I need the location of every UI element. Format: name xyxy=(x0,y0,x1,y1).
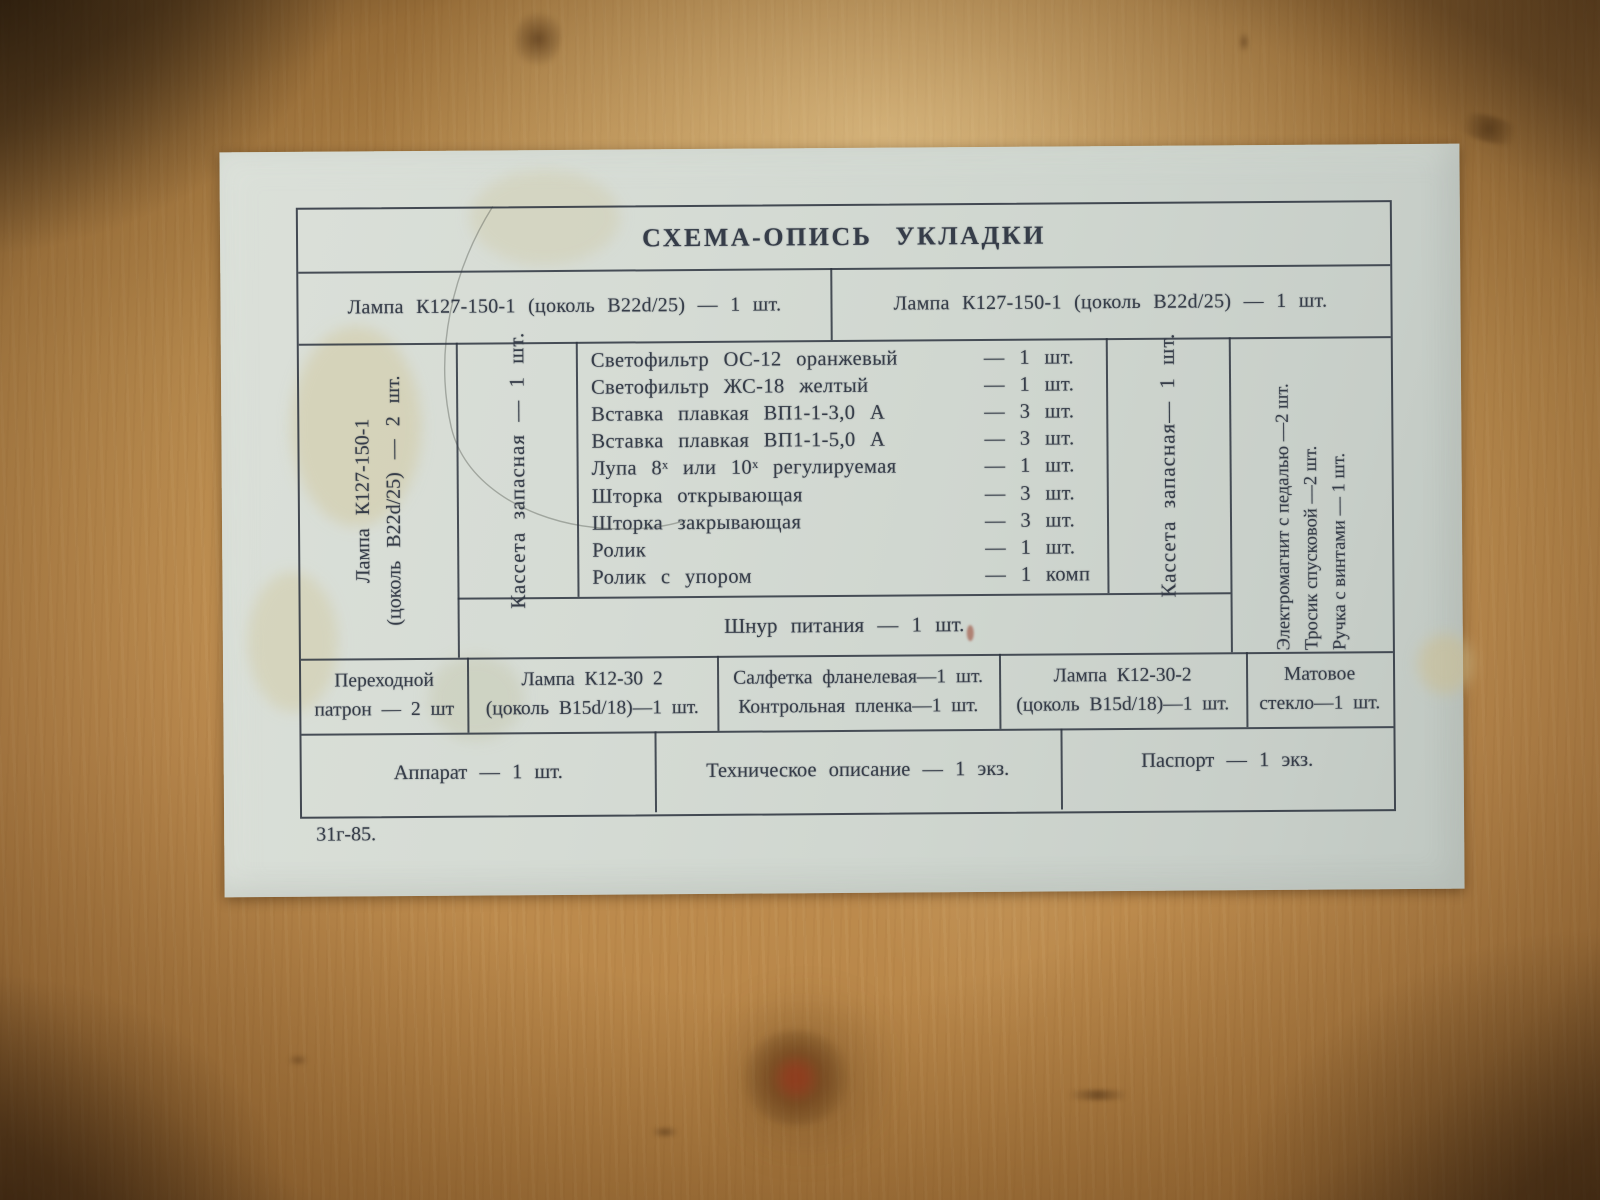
list-item: Светофильтр ОС-12 оранжевый— 1 шт. xyxy=(591,346,1096,373)
row1-adapter-line2: патрон — 2 шт xyxy=(314,695,454,724)
inventory-label-paper: СХЕМА-ОПИСЬ УКЛАДКИ Лампа К127-150-1 (цо… xyxy=(219,144,1464,898)
item-name: Светофильтр ОС-12 оранжевый xyxy=(591,348,898,373)
item-name: Вставка плавкая ВП1-1-5,0 А xyxy=(591,429,885,454)
item-qty: — 3 шт. xyxy=(985,482,1097,506)
list-item: Вставка плавкая ВП1-1-5,0 А— 3 шт. xyxy=(591,428,1096,455)
wood-knot-red xyxy=(740,1030,852,1126)
item-qty: — 1 комп xyxy=(985,563,1097,587)
lamp-side-line2: (цоколь B22d/25) — 2 шт. xyxy=(377,375,410,625)
lamp-top-left-cell: Лампа К127-150-1 (цоколь B22d/25) — 1 шт… xyxy=(298,268,830,344)
row1-film-line: Контрольная пленка—1 шт. xyxy=(738,692,978,722)
item-qty: — 3 шт. xyxy=(984,428,1096,452)
item-name: Ролик xyxy=(592,539,646,562)
row1-lamp-right-line2: (цоколь B15d/18)—1 шт. xyxy=(1016,690,1229,720)
items-list: Светофильтр ОС-12 оранжевый— 1 шт. Свето… xyxy=(591,344,1098,592)
right-col-line2: Тросик спусковой —2 шт. xyxy=(1298,446,1327,651)
right-col-line1: Электромагнит с педалью —2 шт. xyxy=(1270,383,1300,650)
lamp-side-column: Лампа К127-150-1 (цоколь B22d/25) — 2 шт… xyxy=(299,343,458,659)
schema-table: СХЕМА-ОПИСЬ УКЛАДКИ Лампа К127-150-1 (цо… xyxy=(296,200,1396,819)
item-name: Шторка закрывающая xyxy=(592,511,801,535)
row1-cell-matte-glass: Матовое стекло—1 шт. xyxy=(1246,651,1394,727)
cassette-right-caption: Кассета запасная— 1 шт. xyxy=(1106,337,1231,593)
wood-knot xyxy=(1240,28,1248,56)
page-title: СХЕМА-ОПИСЬ УКЛАДКИ xyxy=(298,202,1390,272)
item-qty: — 1 шт. xyxy=(985,536,1097,560)
list-item: Вставка плавкая ВП1-1-3,0 А— 3 шт. xyxy=(591,400,1096,427)
print-code: 31г-85. xyxy=(316,823,376,846)
item-qty: — 1 шт. xyxy=(985,455,1097,479)
row1-cell-adapter: Переходной патрон — 2 шт xyxy=(301,658,468,734)
list-item: Ролик с упором— 1 комп xyxy=(592,563,1097,590)
row1-cell-lamp-right: Лампа К12-30-2 (цоколь B15d/18)—1 шт. xyxy=(999,652,1247,729)
cassette-left-caption: Кассета запасная — 1 шт. xyxy=(456,342,578,598)
list-item: Светофильтр ЖС-18 желтый— 1 шт. xyxy=(591,373,1096,400)
item-name: Шторка открывающая xyxy=(592,484,803,508)
row1-lamp-left-line1: Лампа К12-30 2 xyxy=(521,665,663,694)
power-cord-cell: Шнур питания — 1 шт. xyxy=(458,592,1231,657)
lamp-top-right-cell: Лампа К127-150-1 (цоколь B22d/25) — 1 шт… xyxy=(830,264,1390,340)
right-col-line3: Ручка с винтами — 1 шт. xyxy=(1326,453,1355,650)
item-name: Лупа 8ˣ или 10ˣ регулируемая xyxy=(592,456,897,481)
list-item: Шторка закрывающая— 3 шт. xyxy=(592,509,1097,536)
row1-napkin-line: Салфетка фланелевая—1 шт. xyxy=(733,663,983,693)
list-item: Лупа 8ˣ или 10ˣ регулируемая— 1 шт. xyxy=(592,455,1097,482)
row1-glass-line1: Матовое xyxy=(1284,661,1355,690)
wood-knot-halo xyxy=(700,988,912,1160)
row1-adapter-line1: Переходной xyxy=(334,667,434,696)
wood-knot xyxy=(510,3,567,76)
lamp-side-line1: Лампа К127-150-1 xyxy=(347,419,379,584)
wood-knot xyxy=(646,1128,684,1136)
item-name: Ролик с упором xyxy=(592,566,752,590)
item-qty: — 3 шт. xyxy=(985,509,1097,533)
wood-knot xyxy=(1056,1090,1140,1100)
wood-knot xyxy=(1450,107,1528,151)
row1-glass-line2: стекло—1 шт. xyxy=(1259,689,1380,718)
row2-cell-passport: Паспорт — 1 экз. xyxy=(1060,726,1394,809)
list-item: Шторка открывающая— 3 шт. xyxy=(592,482,1097,509)
row1-cell-lamp-left: Лампа К12-30 2 (цоколь B15d/18)—1 шт. xyxy=(467,656,718,733)
right-side-column: Электромагнит с педалью —2 шт. Тросик сп… xyxy=(1230,335,1394,653)
item-qty: — 1 шт. xyxy=(984,373,1096,397)
item-name: Светофильтр ЖС-18 желтый xyxy=(591,375,869,400)
list-item: Ролик— 1 шт. xyxy=(592,536,1097,563)
item-qty: — 1 шт. xyxy=(984,346,1096,370)
row1-lamp-left-line2: (цоколь B15d/18)—1 шт. xyxy=(486,694,699,724)
wood-knot xyxy=(284,1056,312,1064)
item-name: Вставка плавкая ВП1-1-3,0 А xyxy=(591,402,885,427)
row2-cell-tech-description: Техническое описание — 1 экз. xyxy=(654,728,1061,812)
row1-lamp-right-line1: Лампа К12-30-2 xyxy=(1054,662,1192,691)
item-qty: — 3 шт. xyxy=(984,400,1096,424)
row1-cell-napkin-film: Салфетка фланелевая—1 шт. Контрольная пл… xyxy=(717,654,1000,731)
row2-cell-apparatus: Аппарат — 1 шт. xyxy=(301,731,655,814)
